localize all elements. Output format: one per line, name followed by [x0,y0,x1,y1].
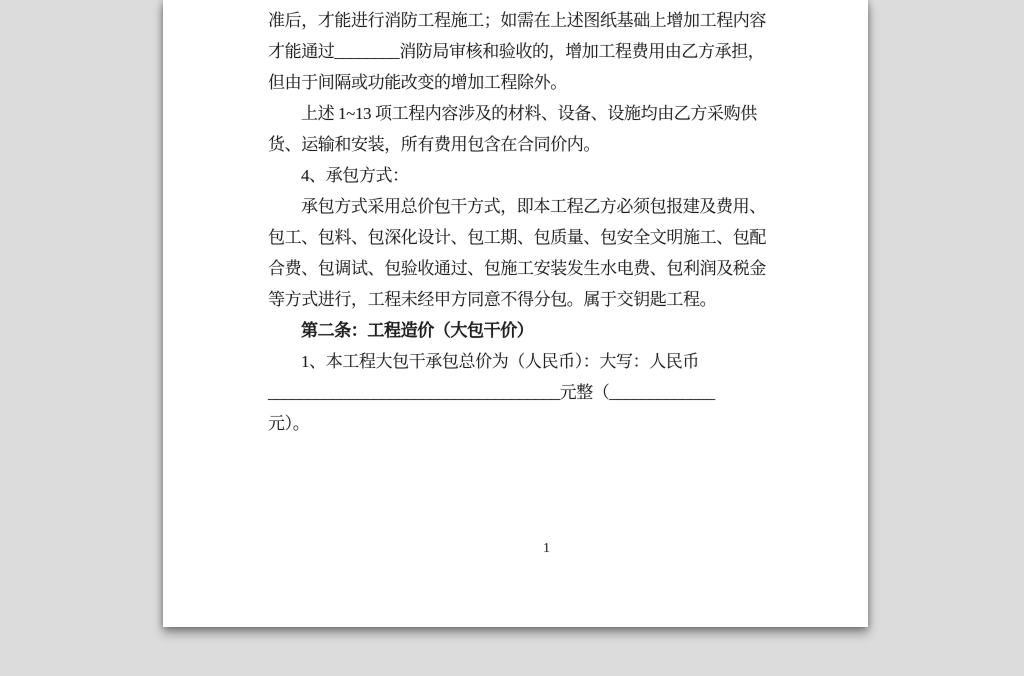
document-line: 等方式进行，工程未经甲方同意不得分包。属于交钥匙工程。 [268,284,773,315]
document-line: ____________________________________元整（_… [268,377,773,408]
document-line: 1、本工程大包干承包总价为（人民币）：大写：人民币 [268,346,773,377]
document-line: 才能通过________消防局审核和验收的，增加工程费用由乙方承担， [268,36,773,67]
document-line: 第二条：工程造价（大包干价） [268,315,773,346]
document-line: 准后，才能进行消防工程施工；如需在上述图纸基础上增加工程内容 [268,5,773,36]
document-line: 合费、包调试、包验收通过、包施工安装发生水电费、包利润及税金 [268,253,773,284]
page-footer: 1 [163,539,868,557]
document-line: 4、承包方式： [268,160,773,191]
document-line: 上述 1~13 项工程内容涉及的材料、设备、设施均由乙方采购供 [268,98,773,129]
document-line: 承包方式采用总价包干方式，即本工程乙方必须包报建及费用、 [268,191,773,222]
document-page: 准后，才能进行消防工程施工；如需在上述图纸基础上增加工程内容才能通过______… [163,0,868,627]
document-line: 包工、包料、包深化设计、包工期、包质量、包安全文明施工、包配 [268,222,773,253]
preview-background: 准后，才能进行消防工程施工；如需在上述图纸基础上增加工程内容才能通过______… [0,0,1024,676]
document-line: 元）。 [268,408,773,439]
document-line: 货、运输和安装，所有费用包含在合同价内。 [268,129,773,160]
document-body: 准后，才能进行消防工程施工；如需在上述图纸基础上增加工程内容才能通过______… [268,5,773,439]
document-line: 但由于间隔或功能改变的增加工程除外。 [268,67,773,98]
page-number: 1 [543,541,550,556]
